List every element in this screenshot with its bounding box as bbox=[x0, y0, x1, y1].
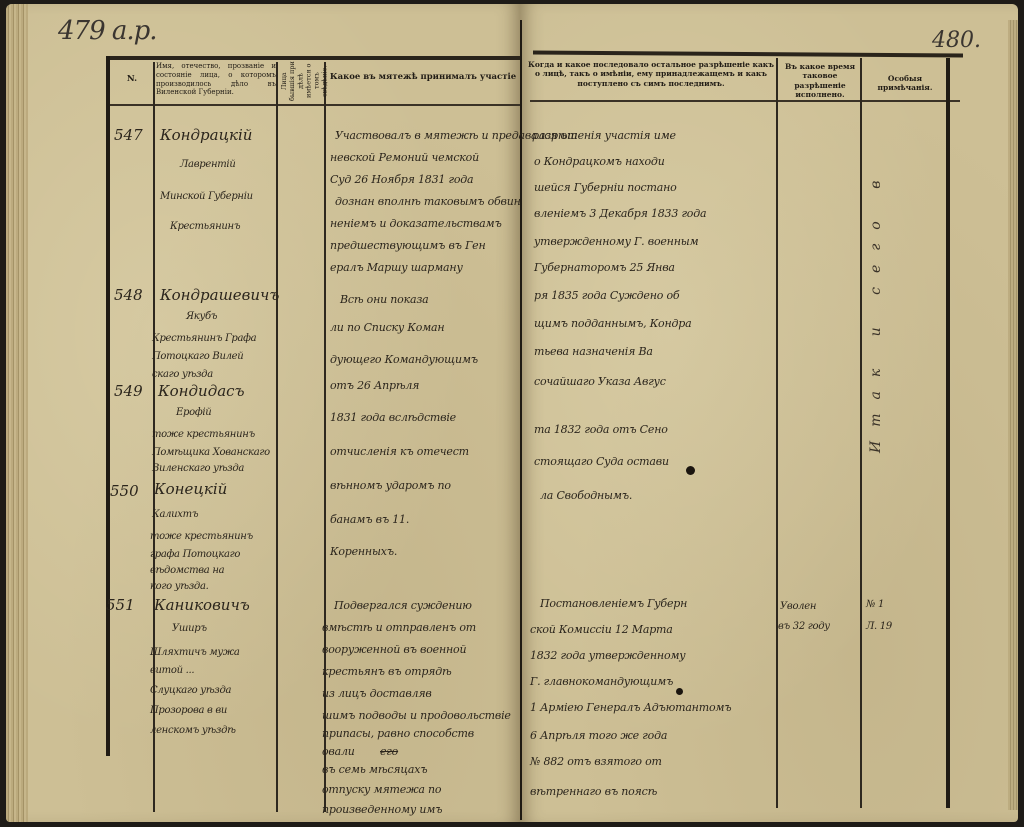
participation-line: дующего Командующимъ bbox=[330, 354, 478, 365]
ledger-book: 479 a.p. 480. N. Имя, отечество, прозван… bbox=[0, 0, 1024, 827]
executed-when-line: Уволен bbox=[780, 602, 816, 612]
remarks-line: Л. 19 bbox=[866, 622, 892, 632]
person-estate: Виленскаго уѣзда bbox=[152, 464, 244, 474]
header-bottom-rule-right bbox=[530, 100, 960, 102]
page-edges-left bbox=[6, 4, 28, 822]
header-participation: Какое въ мятежѣ принималъ участiе bbox=[328, 72, 518, 83]
remarks-vertical-note: Итак и сего в bbox=[868, 120, 898, 500]
header-executed-when: Въ какое время таковое разрѣшенiе исполн… bbox=[780, 62, 860, 100]
person-estate: Крестьянинъ bbox=[170, 222, 240, 232]
row-number: 547 bbox=[114, 128, 143, 143]
person-estate: Слуцкаго уѣзда bbox=[150, 686, 231, 696]
participation-line: Суд 26 Ноября 1831 года bbox=[330, 174, 473, 185]
participation-line: ералъ Маршу шарману bbox=[330, 262, 463, 273]
person-estate: кого уѣзда. bbox=[150, 582, 209, 592]
participation-line: невской Ремоний чемской bbox=[330, 152, 479, 163]
decision-line: вѣтреннаго въ поясѣ bbox=[530, 786, 657, 797]
row-number: 549 bbox=[114, 384, 143, 399]
participation-line: 1831 года вслѣдствiе bbox=[330, 412, 456, 423]
decision-line: № 882 отъ взятого от bbox=[530, 756, 662, 767]
person-estate: Крестьянинъ Графа bbox=[152, 334, 256, 344]
person-surname: Кондрацкiй bbox=[160, 128, 252, 143]
page-edges-right bbox=[1008, 20, 1018, 810]
decision-line: утвержденному Г. военным bbox=[534, 236, 698, 247]
ink-blot bbox=[676, 688, 683, 695]
person-estate: ленскомъ уѣздѣ bbox=[150, 726, 236, 736]
participation-line: отпуску мятежа по bbox=[322, 784, 441, 795]
participation-line: крестьянъ въ отрядѣ bbox=[322, 666, 452, 677]
participation-line: из лицъ доставляв bbox=[322, 688, 432, 699]
participation-line: ли по Списку Коман bbox=[330, 322, 444, 333]
row-number: 548 bbox=[114, 288, 143, 303]
person-estate: тоже крестьянинъ bbox=[152, 430, 255, 440]
participation-line: вооруженной въ военной bbox=[322, 644, 466, 655]
participation-line: вмѣстѣ и отправленъ от bbox=[322, 622, 476, 633]
header-number: N. bbox=[112, 74, 152, 85]
right-page bbox=[520, 4, 1018, 822]
decision-line: 1832 года утвержденному bbox=[530, 650, 685, 661]
col-divider-executed bbox=[860, 58, 862, 808]
participation-line: Всѣ они показа bbox=[340, 294, 429, 305]
participation-line: дознан вполнѣ таковымъ обвин bbox=[335, 196, 521, 207]
col-divider-decision bbox=[776, 58, 778, 808]
person-estate: Потоцкаго Вилей bbox=[152, 352, 243, 362]
participation-line: Коренныхъ. bbox=[330, 546, 397, 557]
decision-line: стоящаго Суда остави bbox=[534, 456, 669, 467]
remarks-line: № 1 bbox=[866, 600, 884, 610]
person-estate: витой ... bbox=[150, 666, 194, 676]
header-remarks: Особыя примѣчанiя. bbox=[864, 74, 946, 93]
participation-line: отчисленiя къ отечест bbox=[330, 446, 469, 457]
col-divider-person bbox=[276, 62, 278, 812]
participation-line: въ семь мѣсяцахъ bbox=[322, 764, 427, 775]
decision-line: 1 Армiею Генералъ Адъютантомъ bbox=[530, 702, 731, 713]
person-given-name: Лаврентiй bbox=[180, 160, 235, 170]
folio-number-right: 480. bbox=[932, 28, 981, 53]
decision-line: Губернаторомъ 25 Янва bbox=[534, 262, 675, 273]
decision-line: тьева назначенiя Ва bbox=[534, 346, 653, 357]
decision-line: ской Комиссiи 12 Марта bbox=[530, 624, 673, 635]
struck-word: его bbox=[380, 746, 398, 757]
row-number: 550 bbox=[110, 484, 139, 499]
person-estate: вѣдомства на bbox=[150, 566, 224, 576]
decision-line: Г. главнокомандующимъ bbox=[530, 676, 673, 687]
participation-line: припасы, равно способств bbox=[322, 728, 474, 739]
person-given-name: Ерофiй bbox=[176, 408, 211, 418]
person-estate: Помѣщика Хованскаго bbox=[152, 448, 270, 458]
executed-when-line: въ 32 году bbox=[778, 622, 830, 632]
participation-line: ненiемъ и доказательствамъ bbox=[330, 218, 502, 229]
person-origin: Минской Губернiи bbox=[160, 192, 253, 202]
person-estate: Прозорова в ви bbox=[150, 706, 227, 716]
header-case-present: Лица бывшiя при дѣлѣ имѣется о томъ свѣд… bbox=[280, 60, 322, 102]
decision-line: вленiемъ 3 Декабря 1833 года bbox=[534, 208, 706, 219]
folio-number-left: 479 a.p. bbox=[58, 16, 157, 46]
decision-line: 6 Апрѣля того же года bbox=[530, 730, 667, 741]
decision-line: та 1832 года отъ Сено bbox=[534, 424, 668, 435]
header-person: Имя, отечество, прозванiе и состоянiе ли… bbox=[156, 62, 276, 97]
header-final-decision: Когда и какое последовало остальное разр… bbox=[528, 60, 774, 88]
person-surname: Конецкiй bbox=[154, 482, 227, 497]
decision-line: ря 1835 года Суждено об bbox=[534, 290, 679, 301]
person-given-name: Якубъ bbox=[186, 312, 217, 322]
participation-line: отъ 26 Апрѣля bbox=[330, 380, 419, 391]
person-estate: скаго уѣзда bbox=[152, 370, 213, 380]
participation-line: произведенному имъ bbox=[322, 804, 442, 815]
decision-line: сочайшаго Указа Авгус bbox=[534, 376, 666, 387]
person-surname: Каниковичъ bbox=[154, 598, 250, 613]
decision-line: Постановленiемъ Губерн bbox=[540, 598, 687, 609]
right-border-rule bbox=[946, 58, 950, 808]
left-border-rule bbox=[106, 56, 110, 756]
participation-line: Подвергался суждению bbox=[334, 600, 472, 611]
person-surname: Кондрашевичъ bbox=[160, 288, 279, 303]
decision-line: шейся Губернiи постано bbox=[534, 182, 677, 193]
decision-line: ла Свободнымъ. bbox=[540, 490, 632, 501]
participation-line: шимъ подводы и продовольствiе bbox=[322, 710, 511, 721]
decision-line: о Кондрацкомъ находи bbox=[534, 156, 665, 167]
person-estate: тоже крестьянинъ bbox=[150, 532, 253, 542]
header-bottom-rule-left bbox=[110, 104, 520, 106]
row-number: 551 bbox=[106, 598, 135, 613]
ink-blot bbox=[686, 466, 695, 475]
participation-line: овали bbox=[322, 746, 355, 757]
participation-line: предшествующимъ въ Ген bbox=[330, 240, 486, 251]
person-estate: Шляхтичъ мужа bbox=[150, 648, 240, 658]
person-surname: Кондидасъ bbox=[158, 384, 245, 399]
participation-line: вѣнномъ ударомъ по bbox=[330, 480, 451, 491]
person-given-name: Калихтъ bbox=[152, 510, 198, 520]
person-given-name: Уширъ bbox=[172, 624, 207, 634]
decision-line: разрѣшенiя участiя име bbox=[532, 130, 676, 141]
decision-line: щимъ подданнымъ, Кондра bbox=[534, 318, 692, 329]
participation-line: банамъ въ 11. bbox=[330, 514, 409, 525]
person-estate: графа Потоцкаго bbox=[150, 550, 240, 560]
